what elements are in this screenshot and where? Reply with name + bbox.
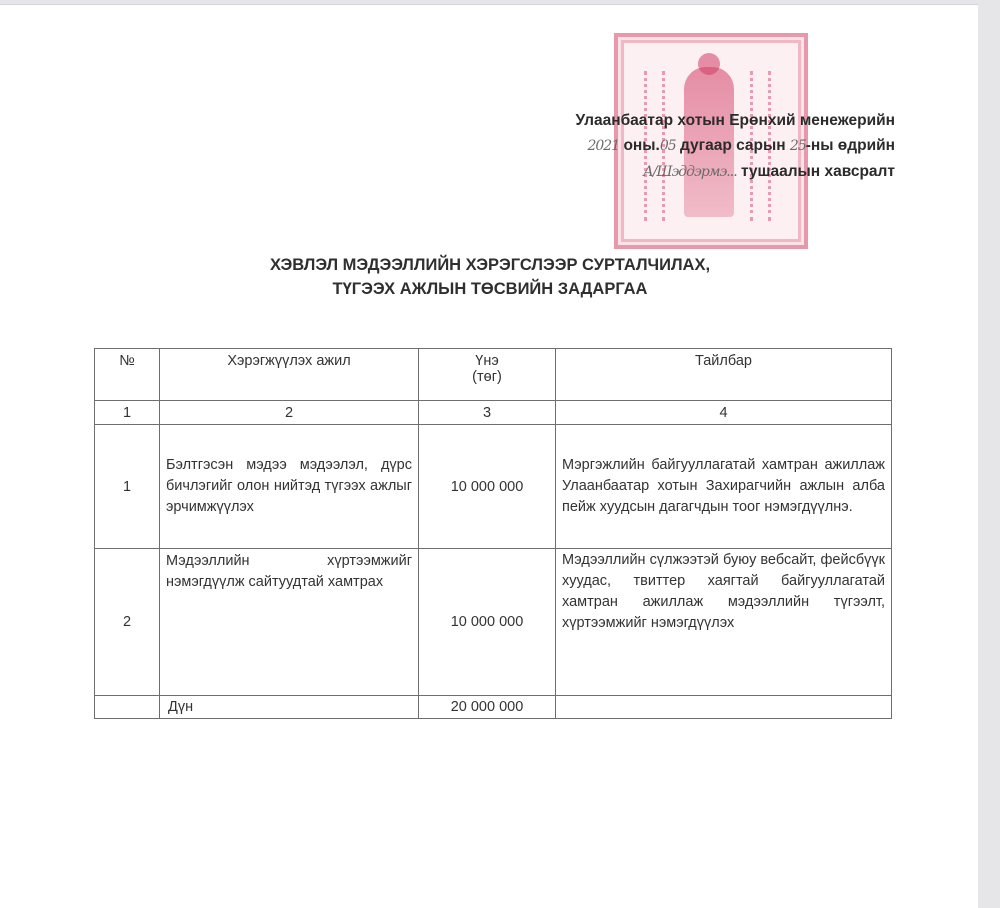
total-price: 20 000 000: [419, 696, 556, 719]
row-price: 10 000 000: [419, 549, 556, 696]
index-cell: 1: [95, 401, 160, 425]
text-month-label: дугаар сарын: [680, 137, 786, 154]
index-cell: 2: [160, 401, 419, 425]
total-row: Дүн 20 000 000: [95, 696, 892, 719]
handwritten-year: 2021: [587, 138, 619, 154]
row-note: Мэргэжлийн байгууллагатай хамтран ажилла…: [556, 425, 892, 549]
title-line-1: ХЭВЛЭЛ МЭДЭЭЛЛИЙН ХЭРЭГСЛЭЭР СУРТАЛЧИЛАХ…: [180, 253, 800, 277]
header-price-label: Үнэ: [425, 353, 549, 369]
document-title: ХЭВЛЭЛ МЭДЭЭЛЛИЙН ХЭРЭГСЛЭЭР СУРТАЛЧИЛАХ…: [180, 253, 800, 301]
budget-table: № Хэрэгжүүлэх ажил Үнэ (төг) Тайлбар 1 2…: [94, 348, 892, 719]
text-ony: оны: [623, 137, 655, 154]
handwritten-day: 25: [790, 138, 806, 154]
annex-header: Улаанбаатар хотын Ерөнхий менежерийн 202…: [470, 108, 895, 185]
header-no: №: [95, 349, 160, 401]
row-task: Бэлтгэсэн мэдээ мэдээлэл, дүрс бичлэгийг…: [160, 425, 419, 549]
annex-header-line-1: Улаанбаатар хотын Ерөнхий менежерийн: [470, 108, 895, 133]
handwritten-order-number: А/Шэддэрмэ...: [643, 164, 736, 180]
row-number: 2: [95, 549, 160, 696]
table-row: 1 Бэлтгэсэн мэдээ мэдээлэл, дүрс бичлэги…: [95, 425, 892, 549]
row-number: 1: [95, 425, 160, 549]
header-note: Тайлбар: [556, 349, 892, 401]
index-cell: 3: [419, 401, 556, 425]
header-task: Хэрэгжүүлэх ажил: [160, 349, 419, 401]
total-note: [556, 696, 892, 719]
table-header-row: № Хэрэгжүүлэх ажил Үнэ (төг) Тайлбар: [95, 349, 892, 401]
row-task: Мэдээллийн хүртээмжийг нэмэгдүүлж сайтуу…: [160, 549, 419, 696]
column-index-row: 1 2 3 4: [95, 401, 892, 425]
text-day-label: -ны өдрийн: [806, 137, 895, 154]
title-line-2: ТҮГЭЭХ АЖЛЫН ТӨСВИЙН ЗАДАРГАА: [180, 277, 800, 301]
annex-header-line-2: 2021 оны.05 дугаар сарын 25-ны өдрийн: [470, 133, 895, 159]
index-cell: 4: [556, 401, 892, 425]
table-row: 2 Мэдээллийн хүртээмжийг нэмэгдүүлж сайт…: [95, 549, 892, 696]
header-price: Үнэ (төг): [419, 349, 556, 401]
annex-header-line-3: А/Шэддэрмэ... тушаалын хавсралт: [470, 159, 895, 185]
document-page: Улаанбаатар хотын Ерөнхий менежерийн 202…: [0, 4, 978, 908]
row-note: Мэдээллийн сүлжээтэй буюу вебсайт, фейсб…: [556, 549, 892, 696]
header-price-unit: (төг): [425, 369, 549, 385]
handwritten-month: 05: [660, 138, 676, 154]
row-price: 10 000 000: [419, 425, 556, 549]
text-order-annex: тушаалын хавсралт: [741, 163, 895, 180]
total-label: Дүн: [160, 696, 419, 719]
total-empty-cell: [95, 696, 160, 719]
